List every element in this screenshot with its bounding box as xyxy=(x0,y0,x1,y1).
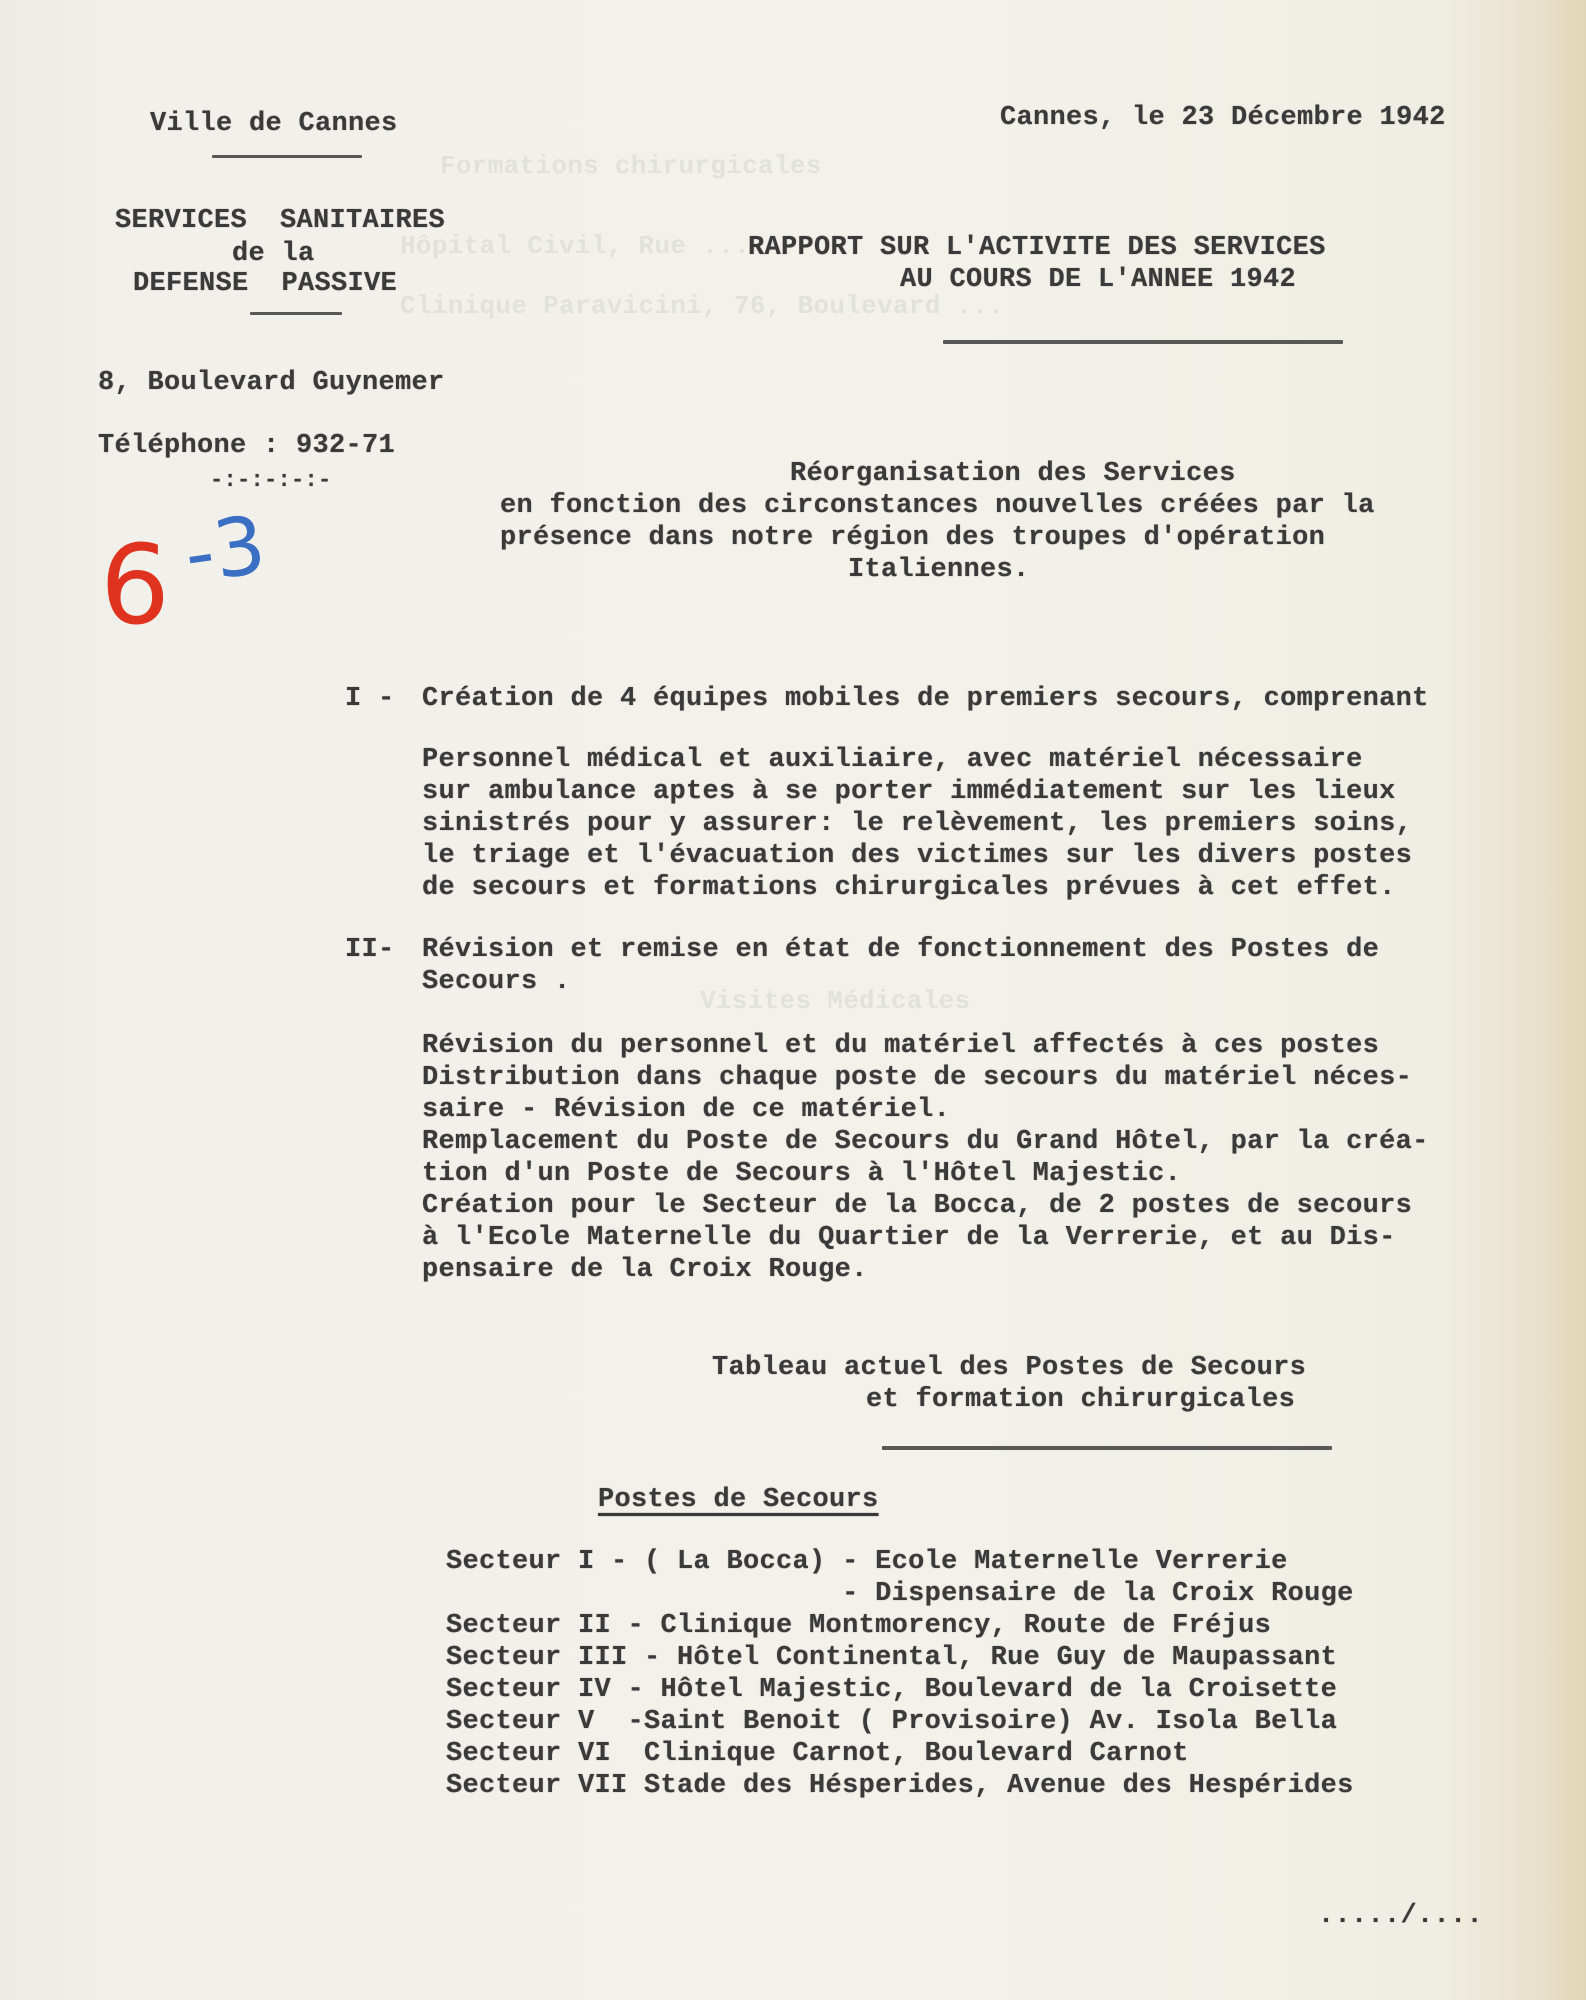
poste-row: Secteur III - Hôtel Continental, Rue Guy… xyxy=(446,1642,1337,1674)
bleed-through-text: Hôpital Civil, Rue ... xyxy=(400,230,750,262)
table-heading-line-1: Tableau actuel des Postes de Secours xyxy=(712,1352,1306,1384)
handwritten-annotation-red: 6 xyxy=(100,530,170,640)
address: 8, Boulevard Guynemer xyxy=(98,367,445,399)
section-2-body-line: Remplacement du Poste de Secours du Gran… xyxy=(422,1126,1429,1158)
section-1-body-line: le triage et l'évacuation des victimes s… xyxy=(422,840,1412,872)
phone-number: Téléphone : 932-71 xyxy=(98,430,395,462)
section-2-body-line: Distribution dans chaque poste de secour… xyxy=(422,1062,1412,1094)
report-title-line-2: AU COURS DE L'ANNEE 1942 xyxy=(900,264,1296,296)
section-2-body-line: à l'Ecole Maternelle du Quartier de la V… xyxy=(422,1222,1396,1254)
letterhead-rule xyxy=(212,155,362,158)
subtitle-line-1: Réorganisation des Services xyxy=(790,458,1236,490)
poste-row: Secteur II - Clinique Montmorency, Route… xyxy=(446,1610,1271,1642)
report-title-line-1: RAPPORT SUR L'ACTIVITE DES SERVICES xyxy=(748,232,1326,264)
department-line-1: SERVICES SANITAIRES xyxy=(115,205,445,237)
section-2-body-line: saire - Révision de ce matériel. xyxy=(422,1094,950,1126)
section-2-body-line: Création pour le Secteur de la Bocca, de… xyxy=(422,1190,1412,1222)
city-name: Ville de Cannes xyxy=(150,108,398,140)
department-line-3: DEFENSE PASSIVE xyxy=(133,268,397,300)
section-2-body-line: Révision du personnel et du matériel aff… xyxy=(422,1030,1379,1062)
section-1-body-line: de secours et formations chirurgicales p… xyxy=(422,872,1396,904)
poste-row: Secteur IV - Hôtel Majestic, Boulevard d… xyxy=(446,1674,1337,1706)
letterhead-rule-2 xyxy=(250,312,342,315)
poste-row: - Dispensaire de la Croix Rouge xyxy=(446,1578,1354,1610)
subtitle-line-2: en fonction des circonstances nouvelles … xyxy=(500,490,1375,522)
poste-row: Secteur I - ( La Bocca) - Ecole Maternel… xyxy=(446,1546,1288,1578)
postes-heading: Postes de Secours xyxy=(598,1484,879,1516)
table-heading-line-2: et formation chirurgicales xyxy=(866,1384,1295,1416)
poste-row: Secteur VI Clinique Carnot, Boulevard Ca… xyxy=(446,1738,1189,1770)
poste-row: Secteur VII Stade des Hésperides, Avenue… xyxy=(446,1770,1354,1802)
poste-row: Secteur V -Saint Benoit ( Provisoire) Av… xyxy=(446,1706,1337,1738)
handwritten-annotation-blue: -3 xyxy=(180,505,271,595)
table-heading-rule xyxy=(882,1446,1332,1450)
section-1-heading: Création de 4 équipes mobiles de premier… xyxy=(422,683,1429,715)
section-1-body-line: sinistrés pour y assurer: le relèvement,… xyxy=(422,808,1412,840)
section-2-body-line: pensaire de la Croix Rouge. xyxy=(422,1254,868,1286)
title-rule xyxy=(943,340,1343,344)
bleed-through-text: Visites Médicales xyxy=(700,985,970,1017)
letterhead-separator: -:-:-:-:- xyxy=(210,465,332,497)
subtitle-line-4: Italiennes. xyxy=(848,554,1030,586)
subtitle-line-3: présence dans notre région des troupes d… xyxy=(500,522,1325,554)
bleed-through-text: Formations chirurgicales xyxy=(440,150,822,182)
date-line: Cannes, le 23 Décembre 1942 xyxy=(1000,102,1446,134)
section-1-body-line: Personnel médical et auxiliaire, avec ma… xyxy=(422,744,1363,776)
continuation-mark: ...../.... xyxy=(1318,1900,1483,1932)
section-2-body-line: tion d'un Poste de Secours à l'Hôtel Maj… xyxy=(422,1158,1181,1190)
section-2-numeral: II- xyxy=(345,934,395,966)
department-line-2: de la xyxy=(232,238,315,270)
section-2-heading: Révision et remise en état de fonctionne… xyxy=(422,934,1379,966)
section-1-numeral: I - xyxy=(345,683,395,715)
section-2-heading-cont: Secours . xyxy=(422,966,571,998)
section-1-body-line: sur ambulance aptes à se porter immédiat… xyxy=(422,776,1396,808)
document-page: Formations chirurgicales Hôpital Civil, … xyxy=(0,0,1586,2000)
